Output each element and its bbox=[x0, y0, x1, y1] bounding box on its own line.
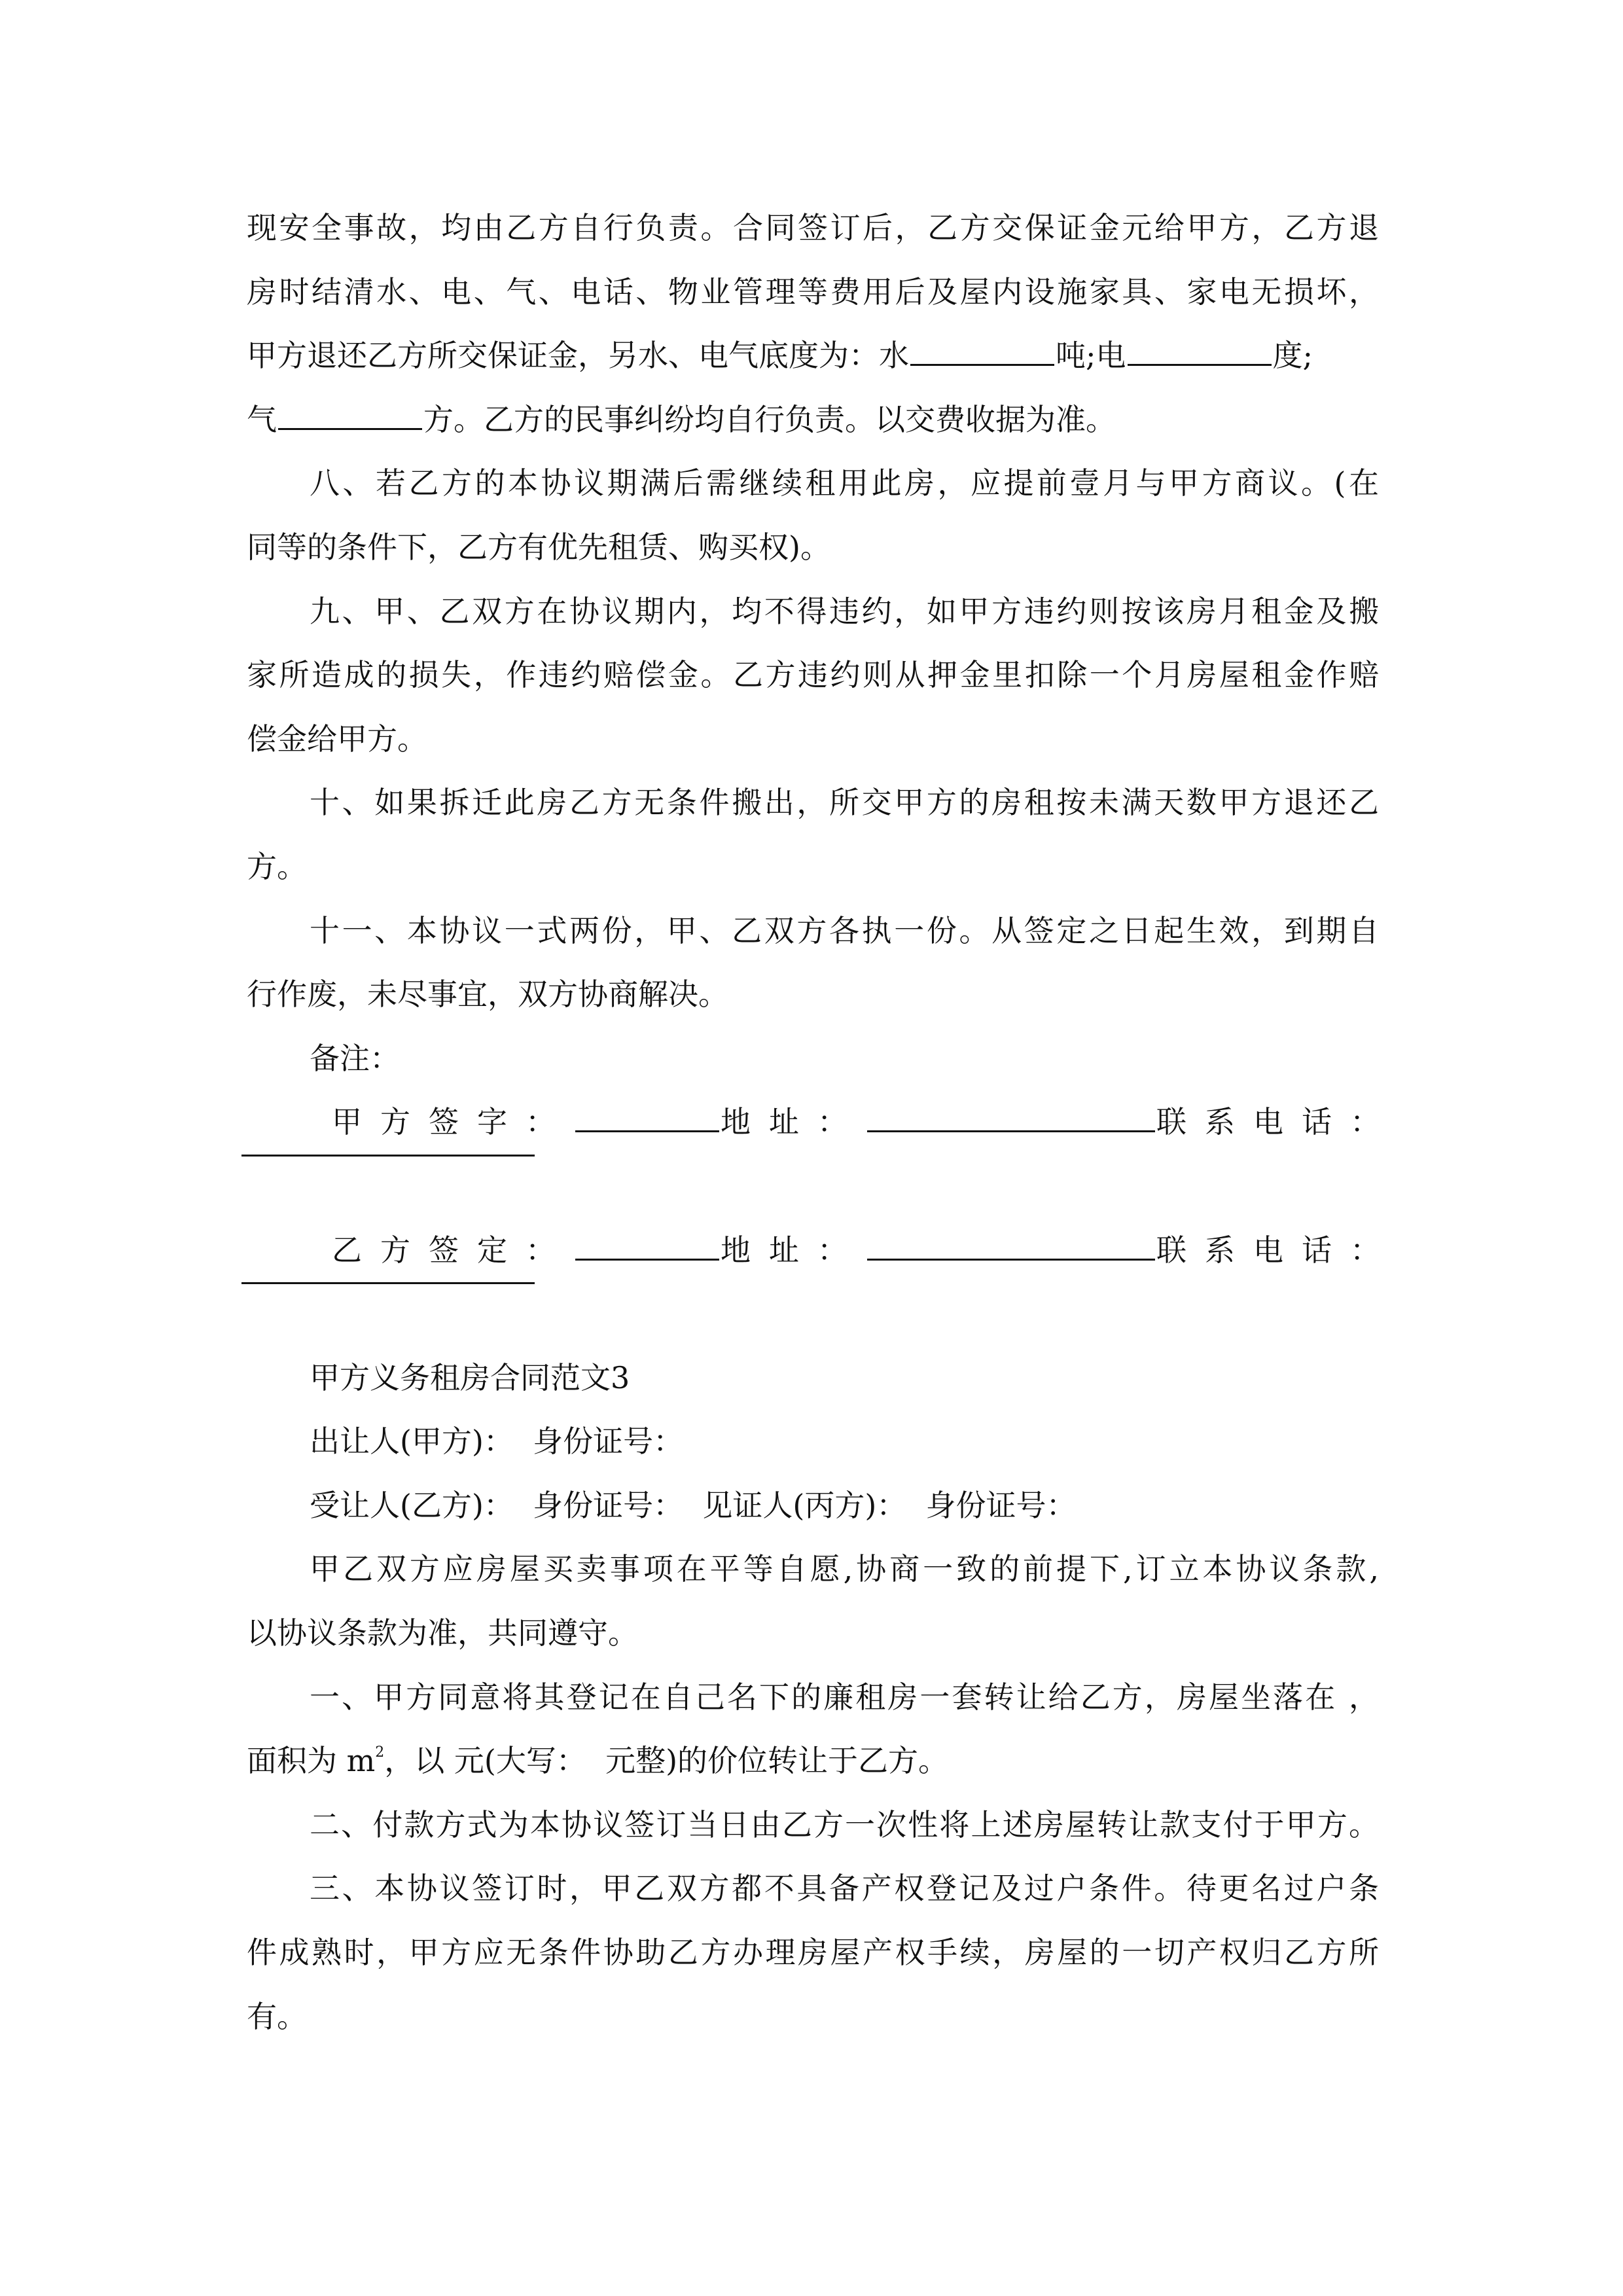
clause-7-line-2: 房时结清水、电、气、电话、物业管理等费用后及屋内设施家具、家电无损坏， bbox=[247, 260, 1379, 325]
signature-row-party-b: 乙方签定：地址：联系电话： bbox=[247, 1219, 1379, 1283]
clause-7-meter-line: 甲方退还乙方所交保证金，另水、电气底度为：水吨;电度; bbox=[247, 324, 1379, 388]
document-page: 现安全事故，均由乙方自行负责。合同签订后，乙方交保证金元给甲方，乙方退 房时结清… bbox=[247, 196, 1379, 2049]
clause-9-line-2: 家所造成的损失，作违约赔偿金。乙方违约则从押金里扣除一个月房屋租金作赔 bbox=[247, 643, 1379, 708]
preamble-line-2: 以协议条款为准，共同遵守。 bbox=[247, 1602, 1379, 1666]
party-b-phone-blank[interactable] bbox=[247, 1282, 1379, 1346]
clause-10-line-2: 方。 bbox=[247, 835, 1379, 899]
clause-10-line-1: 十、如果拆迁此房乙方无条件搬出，所交甲方的房租按未满天数甲方退还乙 bbox=[247, 771, 1379, 835]
party-a-address-label: 地址： bbox=[721, 1104, 866, 1139]
preamble-line-1: 甲乙双方应房屋买卖事项在平等自愿,协商一致的前提下,订立本协议条款, bbox=[247, 1537, 1379, 1602]
meter-prefix: 甲方退还乙方所交保证金，另水、电气底度为：水 bbox=[247, 338, 909, 373]
party-a-phone-blank[interactable] bbox=[247, 1155, 1379, 1219]
electric-unit: 度; bbox=[1273, 338, 1313, 373]
electric-reading-blank[interactable] bbox=[1128, 330, 1272, 366]
water-reading-blank[interactable] bbox=[910, 330, 1054, 366]
party-b-sign-label: 乙方签定： bbox=[332, 1232, 574, 1268]
clause-11-line-2: 行作废，未尽事宜，双方协商解决。 bbox=[247, 963, 1379, 1027]
party-a-sign-blank[interactable] bbox=[575, 1096, 719, 1132]
party-b-address-blank[interactable] bbox=[867, 1225, 1155, 1261]
party-b-phone-label: 联系电话： bbox=[1156, 1232, 1399, 1268]
sb-clause-3-line-1: 三、本协议签订时，甲乙双方都不具备产权登记及过户条件。待更名过户条 bbox=[247, 1857, 1379, 1921]
clause-11-line-1: 十一、本协议一式两份，甲、乙双方各执一份。从签定之日起生效，到期自 bbox=[247, 899, 1379, 963]
party-a-address-blank[interactable] bbox=[867, 1096, 1155, 1132]
section-b-title: 甲方义务租房合同范文3 bbox=[247, 1346, 1379, 1410]
party-b-sign-blank[interactable] bbox=[575, 1225, 719, 1261]
clause-7-gas-line: 气方。乙方的民事纠纷均自行负责。以交费收据为准。 bbox=[247, 388, 1379, 452]
clause-8-line-2: 同等的条件下，乙方有优先租赁、购买权)。 bbox=[247, 516, 1379, 580]
sb-clause-1-line-1: 一、甲方同意将其登记在自己名下的廉租房一套转让给乙方，房屋坐落在 ， bbox=[247, 1666, 1379, 1730]
sb-clause-3-line-2: 件成熟时，甲方应无条件协助乙方办理房屋产权手续，房屋的一切产权归乙方所 bbox=[247, 1921, 1379, 1985]
party-a-sign-label: 甲方签字： bbox=[332, 1104, 574, 1139]
area-text: 面积为 m bbox=[247, 1743, 375, 1778]
sb-clause-3-line-3: 有。 bbox=[247, 1985, 1379, 2049]
clause-7-line-1: 现安全事故，均由乙方自行负责。合同签订后，乙方交保证金元给甲方，乙方退 bbox=[247, 196, 1379, 260]
sb-clause-1-line-2: 面积为 m2，以 元(大写： 元整)的价位转让于乙方。 bbox=[247, 1729, 1379, 1793]
sb-clause-2: 二、付款方式为本协议签订当日由乙方一次性将上述房屋转让款支付于甲方。 bbox=[247, 1793, 1379, 1857]
gas-reading-blank[interactable] bbox=[278, 394, 422, 430]
clause-8-line-1: 八、若乙方的本协议期满后需继续租用此房，应提前壹月与甲方商议。(在 bbox=[247, 452, 1379, 516]
water-unit: 吨;电 bbox=[1056, 338, 1126, 373]
gas-prefix: 气 bbox=[247, 402, 277, 437]
gas-suffix: 方。乙方的民事纠纷均自行负责。以交费收据为准。 bbox=[423, 402, 1116, 437]
seller-line: 出让人(甲方)： 身份证号： bbox=[247, 1410, 1379, 1474]
square-superscript: 2 bbox=[375, 1744, 384, 1761]
remarks-label: 备注： bbox=[247, 1027, 1379, 1091]
party-a-phone-label: 联系电话： bbox=[1156, 1104, 1399, 1139]
party-b-address-label: 地址： bbox=[721, 1232, 866, 1268]
buyer-witness-line: 受让人(乙方)： 身份证号： 见证人(丙方)： 身份证号： bbox=[247, 1474, 1379, 1538]
price-text: ，以 元(大写： 元整)的价位转让于乙方。 bbox=[384, 1743, 948, 1778]
signature-row-party-a: 甲方签字：地址：联系电话： bbox=[247, 1090, 1379, 1155]
clause-9-line-3: 偿金给甲方。 bbox=[247, 708, 1379, 772]
clause-9-line-1: 九、甲、乙双方在协议期内，均不得违约，如甲方违约则按该房月租金及搬 bbox=[247, 580, 1379, 644]
